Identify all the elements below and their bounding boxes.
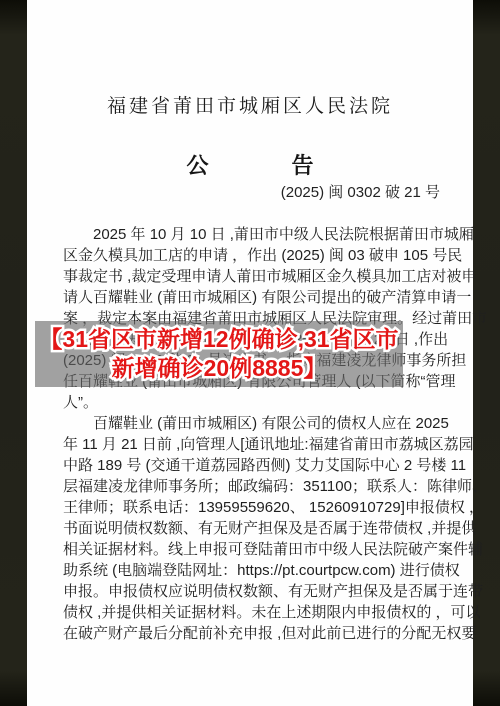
screenshot-stage: 福建省莆田市城厢区人民法院 公 告 (2025) 闽 0302 破 21 号 2… xyxy=(0,0,500,706)
body-text-line: 书面说明债权数额、有无财产担保及是否属于连带债权 ,并提供 xyxy=(63,518,441,539)
body-text-line: 事裁定书 ,裁定受理申请人莆田市城厢区金久模具加工店对被申 xyxy=(63,266,441,287)
body-text-line: 相关证据材料。线上申报可登陆莆田市中级人民法院破产案件辅 xyxy=(63,539,441,560)
body-text-line: 区金久模具加工店的申请 ，作出 (2025) 闽 03 破申 105 号民 xyxy=(63,245,441,266)
notice-body: 2025 年 10 月 10 日 ,莆田市中级人民法院根据莆田市城厢区金久模具加… xyxy=(63,224,441,644)
body-text-line: 层福建凌龙律师事务所；邮政编码：351100；联系人：陈律师、 xyxy=(63,476,441,497)
watermark-text-line-1: 【31省区市新增12例确诊,31省区市 xyxy=(39,325,398,354)
body-text-line: 申报。申报债权应说明债权数额、有无财产担保及是否属于连带 xyxy=(63,581,441,602)
notice-word-gong: 公 xyxy=(186,153,208,178)
body-text-line: 在破产财产最后分配前补充申报 ,但对此前已进行的分配无权要 xyxy=(63,623,441,644)
body-text-line: 王律师；联系电话：13959559620、 15260910729]申报债权 ， xyxy=(63,497,441,518)
notice-word-gao: 告 xyxy=(292,153,314,178)
body-text-line: 年 11 月 21 日前 ,向管理人[通讯地址:福建省莆田市荔城区荔园 xyxy=(63,434,441,455)
paragraph-2: 百耀鞋业 (莆田市城厢区) 有限公司的债权人应在 2025年 11 月 21 日… xyxy=(63,413,441,644)
photo-edge-left xyxy=(0,0,27,706)
body-text-line: 人”。 xyxy=(63,392,441,413)
body-text-line: 请人百耀鞋业 (莆田市城厢区) 有限公司提出的破产清算申请一 xyxy=(63,287,441,308)
body-text-line: 2025 年 10 月 10 日 ,莆田市中级人民法院根据莆田市城厢 xyxy=(63,224,441,245)
body-text-line: 债权 ,并提供相关证据材料。未在上述期限内申报债权的 ，可以 xyxy=(63,602,441,623)
body-text-line: 助系统 (电脑端登陆网址：https://pt.courtpcw.com) 进行… xyxy=(63,560,441,581)
court-name-title: 福建省莆田市城厢区人民法院 xyxy=(27,91,473,118)
notice-title: 公 告 xyxy=(27,149,473,180)
body-text-line: 中路 189 号 (交通干道荔园路西侧) 艾力艾国际中心 2 号楼 11 xyxy=(63,455,441,476)
watermark-text-line-2: 新增确诊20例8885】 xyxy=(112,354,327,383)
case-number: (2025) 闽 0302 破 21 号 xyxy=(281,181,440,202)
photo-edge-right xyxy=(473,0,500,706)
body-text-line: 百耀鞋业 (莆田市城厢区) 有限公司的债权人应在 2025 xyxy=(63,413,441,434)
watermark-banner: 【31省区市新增12例确诊,31省区市 新增确诊20例8885】 xyxy=(35,321,403,387)
